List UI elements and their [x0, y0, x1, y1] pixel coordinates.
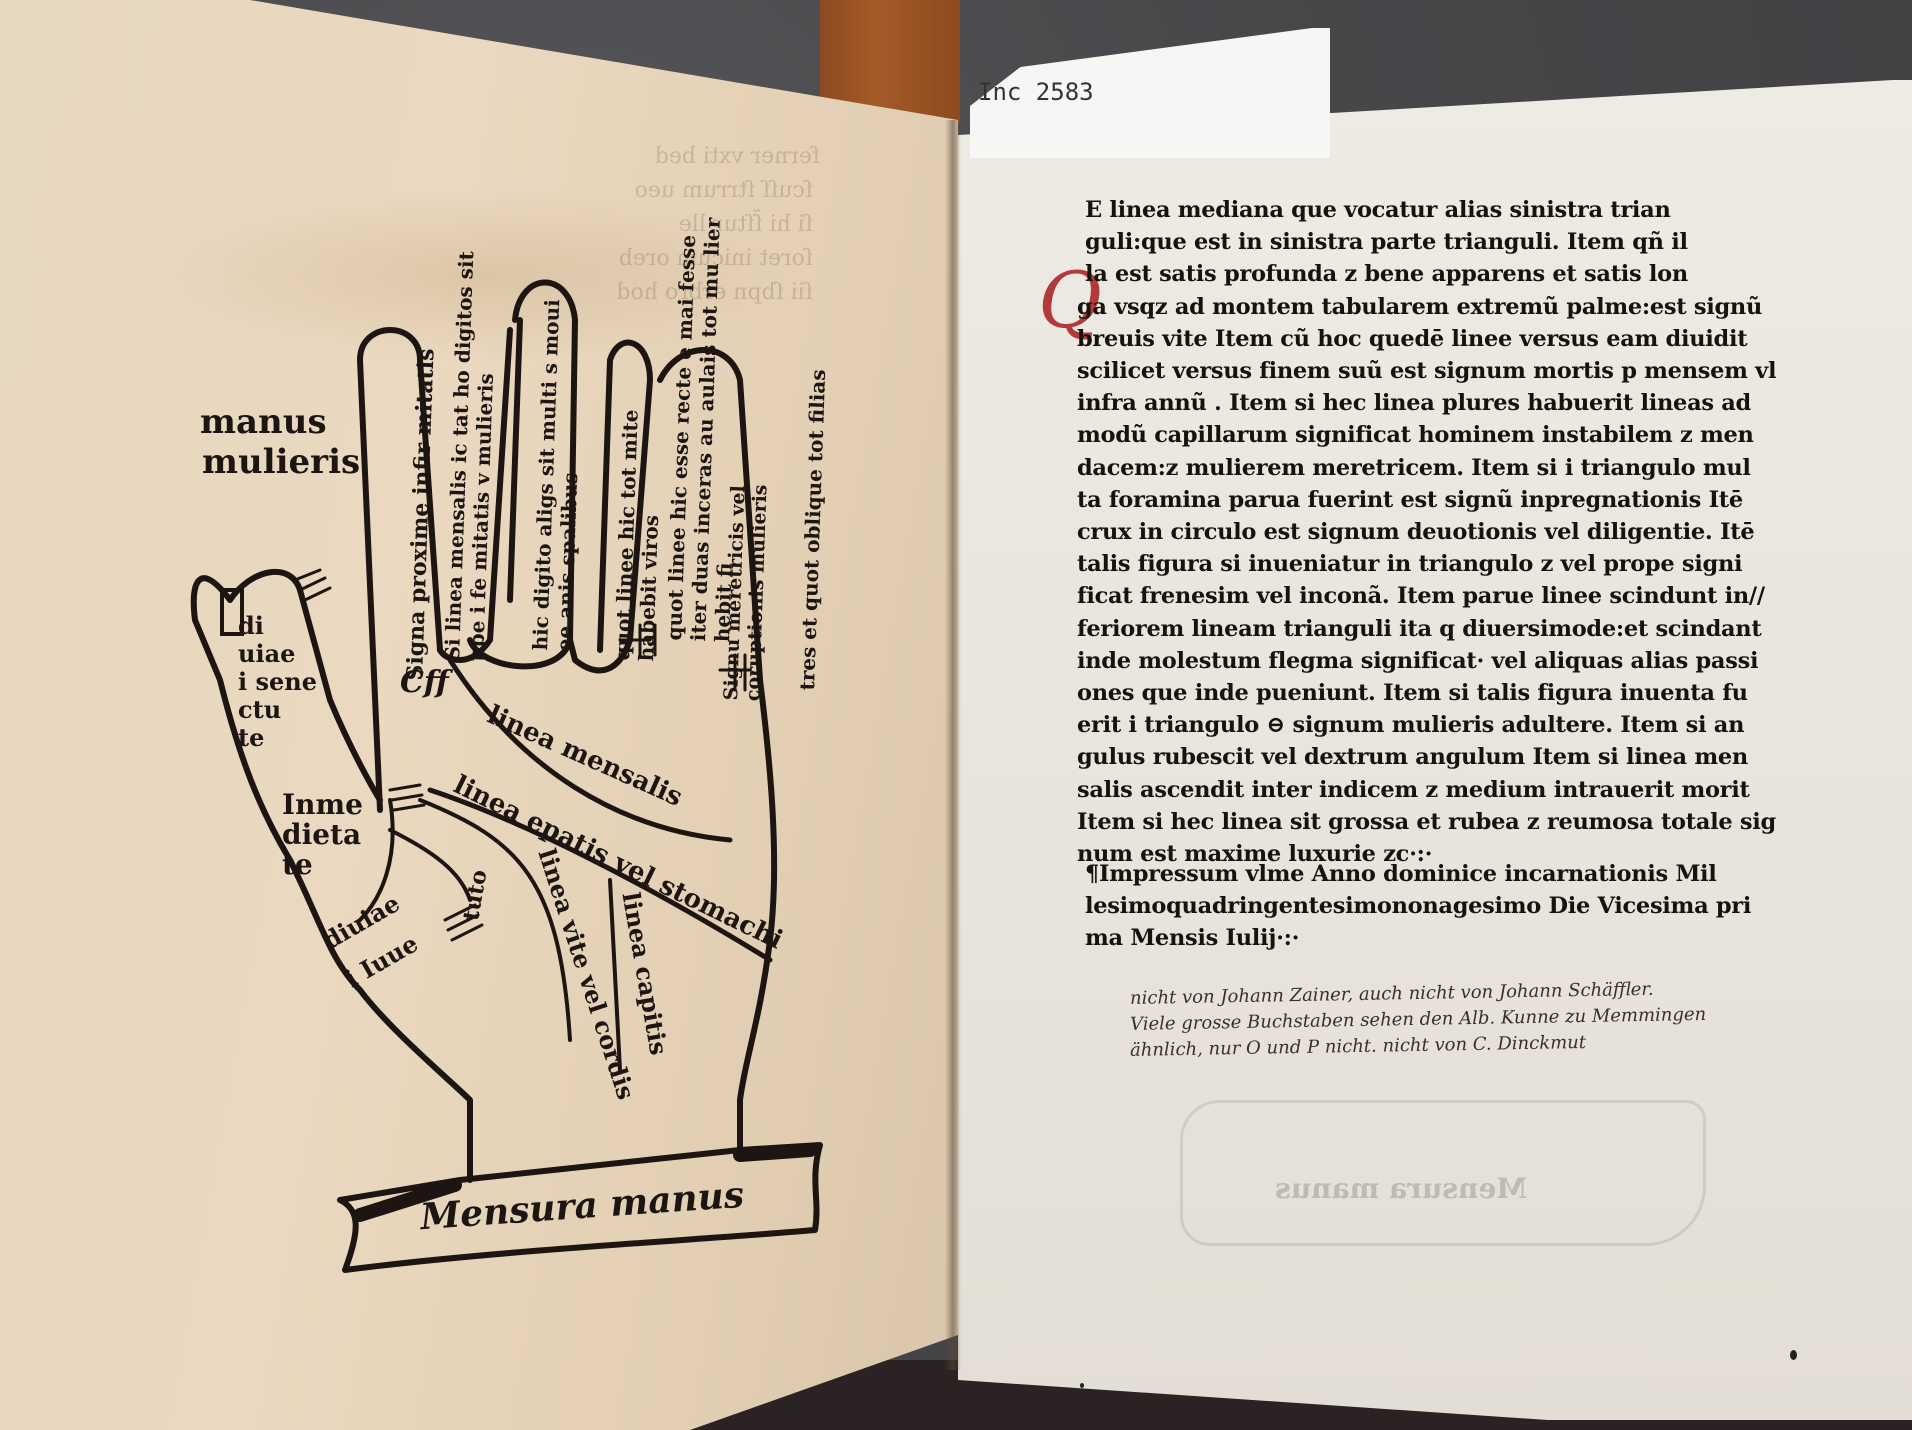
text-line: modũ capillarum significat hominem insta… [1077, 419, 1745, 451]
printed-text-block: E linea mediana que vocatur alias sinist… [1085, 194, 1745, 870]
text-line: gulus rubescit vel dextrum angulum Item … [1077, 741, 1745, 773]
thumb-base-text: Inme dieta te [282, 790, 392, 880]
text-line: dacem:z mulierem meretricem. Item si i t… [1077, 452, 1745, 484]
text-line: ones que inde pueniunt. Item si talis fi… [1077, 677, 1745, 709]
text-line: scilicet versus finem suũ est signum mor… [1077, 355, 1745, 387]
show-through-banner-text: Mensura manus [1275, 1172, 1527, 1205]
hand-title-manus: manus [200, 402, 327, 442]
thumb-base-line: te [282, 848, 313, 881]
shelfmark-label: Inc 2583 [978, 78, 1094, 106]
colophon-line: ma Mensis Iulij·:· [1085, 922, 1751, 954]
handwritten-note: nicht von Johann Zainer, auch nicht von … [1130, 980, 1810, 1058]
text-line: infra annũ . Item si hec linea plures ha… [1077, 387, 1745, 419]
text-line: crux in circulo est signum deuotionis ve… [1077, 516, 1745, 548]
text-line: salis ascendit inter indicem z medium in… [1077, 774, 1745, 806]
text-line: guli:que est in sinistra parte trianguli… [1085, 226, 1745, 258]
thumb-base-line: Inme [282, 788, 363, 821]
text-line-content: linea mediana que vocatur alias sinistra… [1109, 197, 1670, 223]
text-line: ficat frenesim vel inconã. Item parue li… [1077, 580, 1745, 612]
colophon-line: ¶Impressum vlme Anno dominice incarnatio… [1085, 858, 1751, 890]
thumb-line: di [238, 611, 264, 640]
thumb-base-line: dieta [282, 818, 361, 851]
colophon: ¶Impressum vlme Anno dominice incarnatio… [1085, 858, 1751, 955]
text-line: Item si hec linea sit grossa et rubea z … [1077, 806, 1745, 838]
wormhole [1790, 1350, 1797, 1360]
lead-letter: E [1085, 197, 1102, 223]
thumb-line: i sene [238, 667, 317, 696]
colophon-line: lesimoquadringentesimononagesimo Die Vic… [1085, 890, 1751, 922]
thumb-line: uiae [238, 639, 295, 668]
thumb-line: te [238, 723, 264, 752]
hand-title-mulieris: mulieris [202, 442, 360, 482]
text-line: feriorem lineam trianguli ita q diuersim… [1077, 613, 1745, 645]
sigil-cff: Cff [400, 665, 449, 700]
text-line: la est satis profunda z bene apparens et… [1085, 258, 1745, 290]
text-line: ta foramina parua fuerint est signũ inpr… [1077, 484, 1745, 516]
text-line: inde molestum flegma significat· vel ali… [1077, 645, 1745, 677]
text-line: erit i triangulo ⊖ signum mulieris adult… [1077, 709, 1745, 741]
text-line: E linea mediana que vocatur alias sinist… [1085, 194, 1745, 226]
thumb-text: di uiae i sene ctu te [238, 612, 318, 752]
text-line: breuis vite Item cũ hoc quedē linee vers… [1077, 323, 1745, 355]
thumb-line: ctu [238, 695, 281, 724]
text-line: ga vsqz ad montem tabularem extremũ palm… [1077, 291, 1745, 323]
wormhole [1080, 1383, 1084, 1388]
finger-text-meretricis: Signu meretricis vel coruptionis mulieri… [720, 440, 773, 701]
text-line: talis figura si inueniatur in triangulo … [1077, 548, 1745, 580]
